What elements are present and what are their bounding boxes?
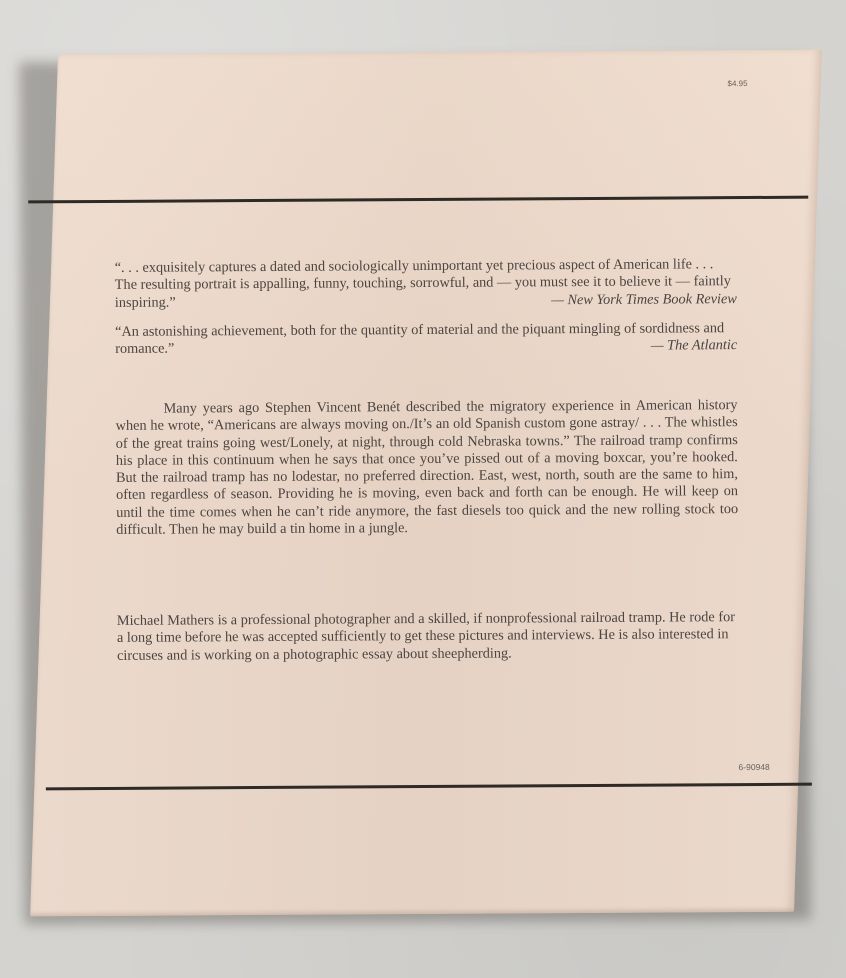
book-back-cover: $4.95 “. . . exquisitely captures a date… — [30, 50, 822, 917]
bottom-rule-divider — [46, 783, 812, 791]
price-label: $4.95 — [728, 79, 748, 88]
review-source: — New York Times Book Review — [551, 291, 737, 309]
top-rule-divider — [28, 196, 808, 204]
review-quote-nyt: “. . . exquisitely captures a dated and … — [115, 256, 737, 312]
author-bio: Michael Mathers is a professional photog… — [117, 609, 739, 665]
book-blurb: Many years ago Stephen Vincent Benét des… — [115, 397, 738, 539]
catalog-code: 6-90948 — [739, 762, 770, 772]
review-source: — The Atlantic — [115, 337, 737, 358]
review-quote-atlantic: “An astonishing achievement, both for th… — [115, 320, 737, 358]
